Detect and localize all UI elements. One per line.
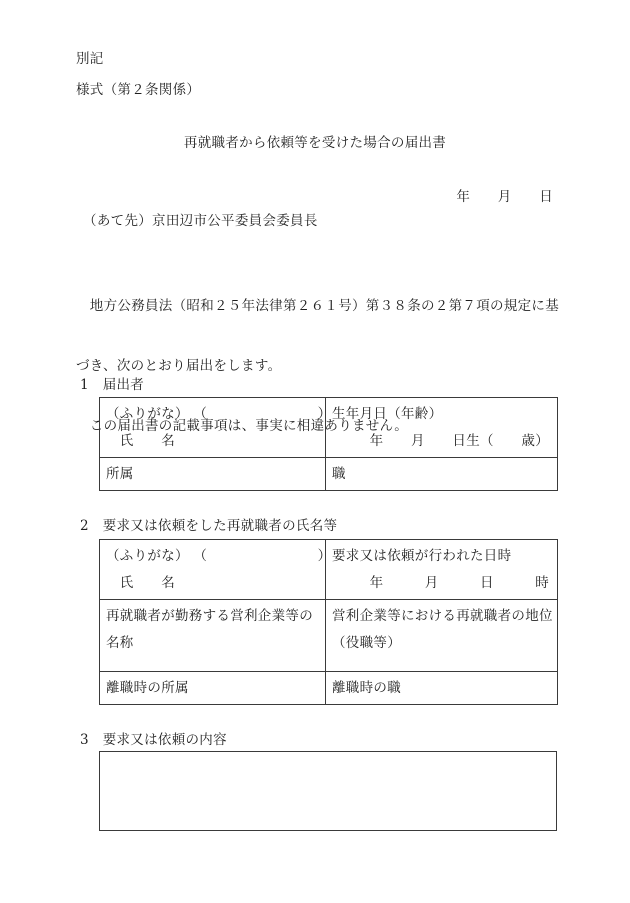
section1-heading: 1 届出者 <box>80 373 144 393</box>
table-row: 所属 職 <box>100 458 558 491</box>
company-name-label-line: 名称 <box>106 630 319 657</box>
position-label-line: 営利企業等における再就職者の地位 <box>332 603 551 630</box>
reemployed-person-table: （ふりがな） （ ） 氏 名 要求又は依頼が行われた日時 年 月 日 時 再就職… <box>99 539 558 705</box>
table-row: 再就職者が勤務する営利企業等の 名称 営利企業等における再就職者の地位 （役職等… <box>100 600 558 672</box>
company-name-cell: 再就職者が勤務する営利企業等の 名称 <box>100 600 326 672</box>
former-post-label: 離職時の職 <box>332 675 551 702</box>
former-affiliation-label: 離職時の所属 <box>106 675 319 702</box>
section2-heading: 2 要求又は依頼をした再就職者の氏名等 <box>80 514 337 534</box>
table-row: （ふりがな） （ ） 氏 名 要求又は依頼が行われた日時 年 月 日 時 <box>100 540 558 600</box>
position-cell: 営利企業等における再就職者の地位 （役職等） <box>326 600 558 672</box>
requester-furigana-name-cell: （ふりがな） （ ） 氏 名 <box>100 540 326 600</box>
date-line: 年 月 日 <box>456 185 553 205</box>
affiliation-cell: 所属 <box>100 458 326 491</box>
birthdate-blank-line: 年 月 日生（ 歳） <box>332 428 551 455</box>
body-line: 地方公務員法（昭和２５年法律第２６１号）第３８条の２第７項の規定に基 <box>76 292 562 320</box>
post-cell: 職 <box>326 458 558 491</box>
former-affiliation-cell: 離職時の所属 <box>100 672 326 705</box>
furigana-name-cell: （ふりがな） （ ） 氏 名 <box>100 398 326 458</box>
body-line: づき、次のとおり届出をします。 <box>76 352 562 380</box>
company-name-label-line: 再就職者が勤務する営利企業等の <box>106 603 319 630</box>
name-label: 氏 名 <box>106 428 319 455</box>
table-row: （ふりがな） （ ） 氏 名 生年月日（年齢） 年 月 日生（ 歳） <box>100 398 558 458</box>
birthdate-cell: 生年月日（年齢） 年 月 日生（ 歳） <box>326 398 558 458</box>
furigana-label: （ふりがな） （ ） <box>106 543 319 570</box>
request-content-box <box>99 751 557 831</box>
addressee-line: （あて先）京田辺市公平委員会委員長 <box>76 209 318 229</box>
request-datetime-blank-line: 年 月 日 時 <box>332 570 551 597</box>
document-title: 再就職者から依頼等を受けた場合の届出書 <box>0 131 630 151</box>
form-style-note: 様式（第２条関係） <box>76 78 200 98</box>
furigana-label: （ふりがな） （ ） <box>106 401 319 428</box>
birthdate-label: 生年月日（年齢） <box>332 401 551 428</box>
filer-table: （ふりがな） （ ） 氏 名 生年月日（年齢） 年 月 日生（ 歳） 所属 職 <box>99 397 558 491</box>
name-label: 氏 名 <box>106 570 319 597</box>
request-datetime-label: 要求又は依頼が行われた日時 <box>332 543 551 570</box>
post-label: 職 <box>332 461 551 488</box>
table-row: 離職時の所属 離職時の職 <box>100 672 558 705</box>
document-page: 別記 様式（第２条関係） 再就職者から依頼等を受けた場合の届出書 年 月 日 （… <box>0 0 630 903</box>
form-note: 別記 <box>76 47 104 67</box>
position-label-line: （役職等） <box>332 630 551 657</box>
request-datetime-cell: 要求又は依頼が行われた日時 年 月 日 時 <box>326 540 558 600</box>
section3-heading: 3 要求又は依頼の内容 <box>80 728 227 748</box>
affiliation-label: 所属 <box>106 461 319 488</box>
former-post-cell: 離職時の職 <box>326 672 558 705</box>
